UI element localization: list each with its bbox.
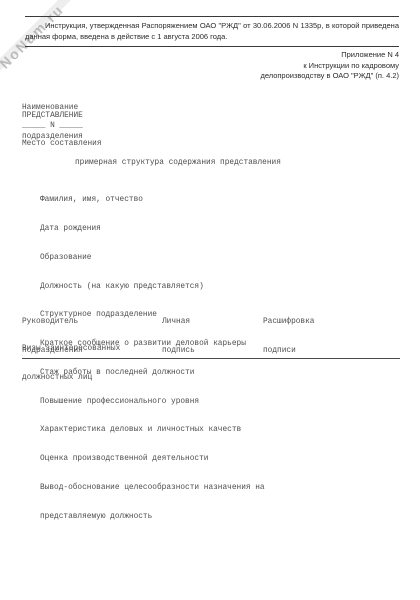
structure-item: представляемую должность	[40, 513, 265, 523]
structure-item: Оценка производственной деятельности	[40, 455, 265, 465]
appendix-block: Приложение N 4 к Инструкции по кадровому…	[260, 50, 399, 82]
header-note: Инструкция, утвержденная Распоряжением О…	[25, 16, 399, 47]
document-title: ПРЕДСТАВЛЕНИЕ	[22, 112, 83, 122]
signature-transcript-column: Расшифровка подписи	[263, 299, 314, 376]
structure-item: Характеристика деловых и личностных каче…	[40, 426, 265, 436]
structure-item: Фамилия, имя, отчество	[40, 196, 265, 206]
document-number-line: _____ N _____	[22, 122, 83, 132]
signature-personal-column: Личная подпись	[162, 299, 195, 376]
document-page: NoNum.ru Инструкция, утвержденная Распор…	[0, 0, 420, 600]
visas-line: должностных лиц	[22, 374, 120, 384]
appendix-line: Приложение N 4	[260, 50, 399, 61]
bottom-divider	[22, 358, 400, 359]
appendix-line: к Инструкции по кадровому	[260, 61, 399, 72]
document-content: Инструкция, утвержденная Распоряжением О…	[0, 0, 420, 600]
signature-transcript-line: Расшифровка	[263, 318, 314, 328]
signature-transcript-line: подписи	[263, 347, 314, 357]
visas-line: Визы заинтересованных	[22, 345, 120, 355]
place-of-drafting: Место составления	[22, 140, 102, 150]
visas-block: Визы заинтересованных должностных лиц	[22, 326, 120, 403]
structure-item: Должность (на какую представляется)	[40, 283, 265, 293]
structure-item: Вывод-обоснование целесообразности назна…	[40, 484, 265, 494]
appendix-line: делопроизводству в ОАО "РЖД" (п. 4.2)	[260, 71, 399, 82]
signature-personal-line: Личная	[162, 318, 195, 328]
signature-personal-line: подпись	[162, 347, 195, 357]
structure-heading: примерная структура содержания представл…	[75, 159, 281, 169]
structure-item: Дата рождения	[40, 225, 265, 235]
structure-item: Образование	[40, 254, 265, 264]
